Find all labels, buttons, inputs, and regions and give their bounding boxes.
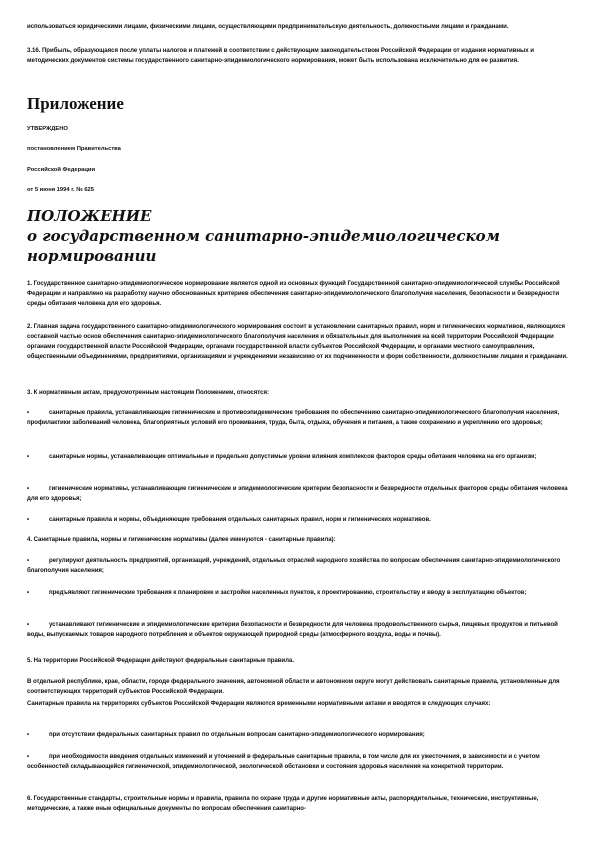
doc-title-line-1: ПОЛОЖЕНИЕ [27,206,572,226]
list-item: •предъявляют гигиенические требования к … [27,588,572,598]
decree-date: от 5 июня 1994 г. № 625 [27,186,94,194]
bullet-icon: • [27,484,49,494]
bullet-icon: • [27,588,49,598]
paragraph-fragment: использоваться юридическими лицами, физи… [27,22,572,32]
decree-label: постановлением Правительства [27,145,121,153]
bullet-icon: • [27,452,49,462]
paragraph-5b: В отдельной республике, крае, области, г… [27,677,572,697]
list-item: •устанавливают гигиенические и эпидемиол… [27,620,572,640]
appendix-heading: Приложение [27,94,124,114]
paragraph-3-16: 3.16. Прибыль, образующаяся после уплаты… [27,46,572,66]
doc-title-line-2: о государственном санитарно-эпидемиологи… [27,226,572,246]
paragraph-6: 6. Государственные стандарты, строительн… [27,794,572,814]
list-item: •гигиенические нормативы, устанавливающи… [27,484,572,504]
doc-title-line-3: нормировании [27,246,572,266]
paragraph-3: 3. К нормативным актам, предусмотренным … [27,388,572,398]
paragraph-2: 2. Главная задача государственного санит… [27,322,572,362]
bullet-icon: • [27,408,49,418]
paragraph-5c: Санитарные правила на территориях субъек… [27,699,572,709]
list-item: •при необходимости введения отдельных из… [27,752,572,772]
bullet-icon: • [27,515,49,525]
list-item: •регулируют деятельность предприятий, ор… [27,556,572,576]
paragraph-5: 5. На территории Российской Федерации де… [27,656,572,666]
paragraph-1: 1. Государственное санитарно-эпидемиолог… [27,279,572,309]
bullet-icon: • [27,752,49,762]
paragraph-4: 4. Санитарные правила, нормы и гигиениче… [27,535,572,545]
list-item: •санитарные нормы, устанавливающие оптим… [27,452,572,462]
bullet-icon: • [27,730,49,740]
country-label: Российской Федерации [27,166,95,174]
list-item: •при отсутствии федеральных санитарных п… [27,730,572,740]
list-item: •санитарные правила, устанавливающие гиг… [27,408,572,428]
bullet-icon: • [27,620,49,630]
list-item: •санитарные правила и нормы, объединяющи… [27,515,572,525]
bullet-icon: • [27,556,49,566]
approved-label: УТВЕРЖДЕНО [27,125,68,133]
